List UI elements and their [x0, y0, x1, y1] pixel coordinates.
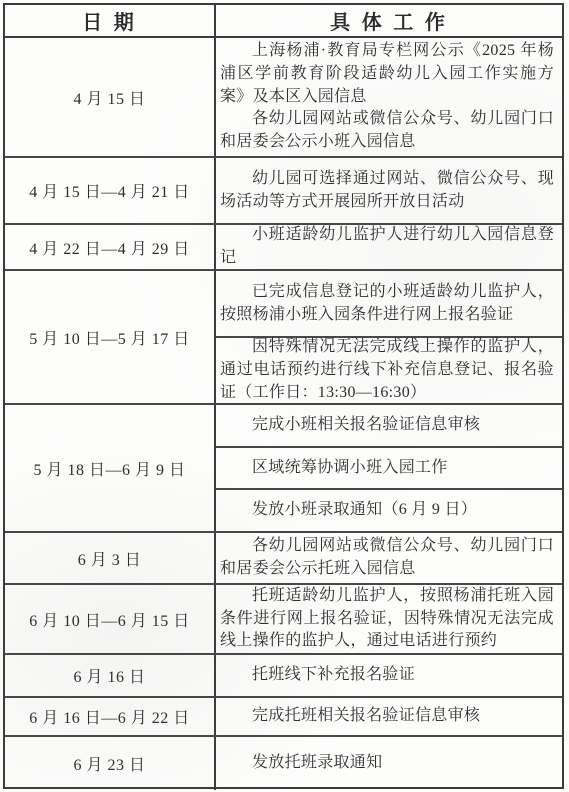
table-row: 6 月 16 日 托班线下补充报名验证: [5, 653, 562, 696]
work-cell: 因特殊情况无法完成线上操作的监护人，通过电话预约进行线下补充信息登记、报名验证（…: [216, 336, 562, 403]
work-paragraph: 完成托班相关报名验证信息审核: [220, 705, 554, 728]
work-paragraph: 完成小班相关报名验证信息审核: [220, 414, 554, 437]
work-cells: 幼儿园可选择通过网站、微信公众号、现场活动等方式开展园所开放日活动: [216, 158, 562, 223]
work-paragraph: 发放托班录取通知: [220, 752, 554, 775]
work-paragraph: 小班适龄幼儿监护人进行幼儿入园信息登记: [220, 224, 554, 269]
work-cell: 各幼儿园网站或微信公众号、幼儿园门口和居委会公示托班入园信息: [216, 533, 562, 583]
date-cell: 6 月 16 日—6 月 22 日: [5, 698, 216, 735]
date-cell: 4 月 22 日—4 月 29 日: [5, 225, 216, 269]
table-row: 4 月 15 日—4 月 21 日 幼儿园可选择通过网站、微信公众号、现场活动等…: [5, 156, 562, 223]
schedule-table: 日 期 具 体 工 作 4 月 15 日 上海杨浦·教育局专栏网公示《2025 …: [3, 3, 564, 789]
date-cell: 4 月 15 日—4 月 21 日: [5, 158, 216, 223]
work-paragraph: 因特殊情况无法完成线上操作的监护人，通过电话预约进行线下补充信息登记、报名验证（…: [220, 336, 554, 404]
table-row: 6 月 10 日—6 月 15 日 托班适龄幼儿监护人，按照杨浦托班入园条件进行…: [5, 583, 562, 653]
work-paragraph: 已完成信息登记的小班适龄幼儿监护人，按照杨浦小班入园条件进行网上报名验证: [220, 281, 554, 326]
work-paragraph: 区域统筹协调小班入园工作: [220, 457, 554, 480]
work-cell: 已完成信息登记的小班适龄幼儿监护人，按照杨浦小班入园条件进行网上报名验证: [216, 271, 562, 336]
work-paragraph: 托班线下补充报名验证: [220, 664, 554, 687]
work-paragraph: 发放小班录取通知（6 月 9 日）: [220, 499, 554, 522]
table-row: 5 月 10 日—5 月 17 日 已完成信息登记的小班适龄幼儿监护人，按照杨浦…: [5, 269, 562, 403]
work-paragraph: 各幼儿园网站或微信公众号、幼儿园门口和居委会公示小班入园信息: [220, 108, 554, 153]
date-cell: 6 月 3 日: [5, 533, 216, 583]
work-cell: 小班适龄幼儿监护人进行幼儿入园信息登记: [216, 225, 562, 269]
work-cells: 托班线下补充报名验证: [216, 655, 562, 696]
work-cell: 完成小班相关报名验证信息审核: [216, 405, 562, 446]
date-cell: 6 月 16 日: [5, 655, 216, 696]
work-cell: 上海杨浦·教育局专栏网公示《2025 年杨浦区学前教育阶段适龄幼儿入园工作实施方…: [216, 38, 562, 156]
work-paragraph: 上海杨浦·教育局专栏网公示《2025 年杨浦区学前教育阶段适龄幼儿入园工作实施方…: [220, 40, 554, 108]
table-body: 4 月 15 日 上海杨浦·教育局专栏网公示《2025 年杨浦区学前教育阶段适龄…: [5, 38, 562, 790]
work-cells: 上海杨浦·教育局专栏网公示《2025 年杨浦区学前教育阶段适龄幼儿入园工作实施方…: [216, 38, 562, 156]
work-cell: 托班线下补充报名验证: [216, 655, 562, 696]
work-cells: 小班适龄幼儿监护人进行幼儿入园信息登记: [216, 225, 562, 269]
table-row: 4 月 15 日 上海杨浦·教育局专栏网公示《2025 年杨浦区学前教育阶段适龄…: [5, 38, 562, 156]
work-paragraph: 托班适龄幼儿监护人，按照杨浦托班入园条件进行网上报名验证，因特殊情况无法完成线上…: [220, 585, 554, 653]
work-cells: 完成托班相关报名验证信息审核: [216, 698, 562, 735]
work-cells: 完成小班相关报名验证信息审核区域统筹协调小班入园工作发放小班录取通知（6 月 9…: [216, 405, 562, 531]
date-cell: 6 月 23 日: [5, 737, 216, 790]
work-cell: 完成托班相关报名验证信息审核: [216, 698, 562, 735]
table-row: 6 月 3 日 各幼儿园网站或微信公众号、幼儿园门口和居委会公示托班入园信息: [5, 531, 562, 583]
work-cell: 幼儿园可选择通过网站、微信公众号、现场活动等方式开展园所开放日活动: [216, 158, 562, 223]
table-row: 4 月 22 日—4 月 29 日 小班适龄幼儿监护人进行幼儿入园信息登记: [5, 223, 562, 269]
table-row: 6 月 16 日—6 月 22 日 完成托班相关报名验证信息审核: [5, 696, 562, 735]
work-cells: 各幼儿园网站或微信公众号、幼儿园门口和居委会公示托班入园信息: [216, 533, 562, 583]
work-cell: 发放托班录取通知: [216, 737, 562, 790]
header-date: 日 期: [5, 5, 216, 36]
work-cells: 已完成信息登记的小班适龄幼儿监护人，按照杨浦小班入园条件进行网上报名验证因特殊情…: [216, 271, 562, 403]
date-cell: 5 月 10 日—5 月 17 日: [5, 271, 216, 403]
work-cells: 发放托班录取通知: [216, 737, 562, 790]
date-cell: 5 月 18 日—6 月 9 日: [5, 405, 216, 531]
date-cell: 4 月 15 日: [5, 38, 216, 156]
header-work: 具 体 工 作: [216, 5, 562, 36]
work-paragraph: 幼儿园可选择通过网站、微信公众号、现场活动等方式开展园所开放日活动: [220, 168, 554, 213]
table-row: 5 月 18 日—6 月 9 日 完成小班相关报名验证信息审核区域统筹协调小班入…: [5, 403, 562, 531]
work-cell: 托班适龄幼儿监护人，按照杨浦托班入园条件进行网上报名验证，因特殊情况无法完成线上…: [216, 585, 562, 653]
work-cells: 托班适龄幼儿监护人，按照杨浦托班入园条件进行网上报名验证，因特殊情况无法完成线上…: [216, 585, 562, 653]
work-cell: 发放小班录取通知（6 月 9 日）: [216, 488, 562, 531]
date-cell: 6 月 10 日—6 月 15 日: [5, 585, 216, 653]
table-header: 日 期 具 体 工 作: [5, 5, 562, 38]
table-row: 6 月 23 日 发放托班录取通知: [5, 735, 562, 790]
work-paragraph: 各幼儿园网站或微信公众号、幼儿园门口和居委会公示托班入园信息: [220, 535, 554, 580]
work-cell: 区域统筹协调小班入园工作: [216, 446, 562, 489]
